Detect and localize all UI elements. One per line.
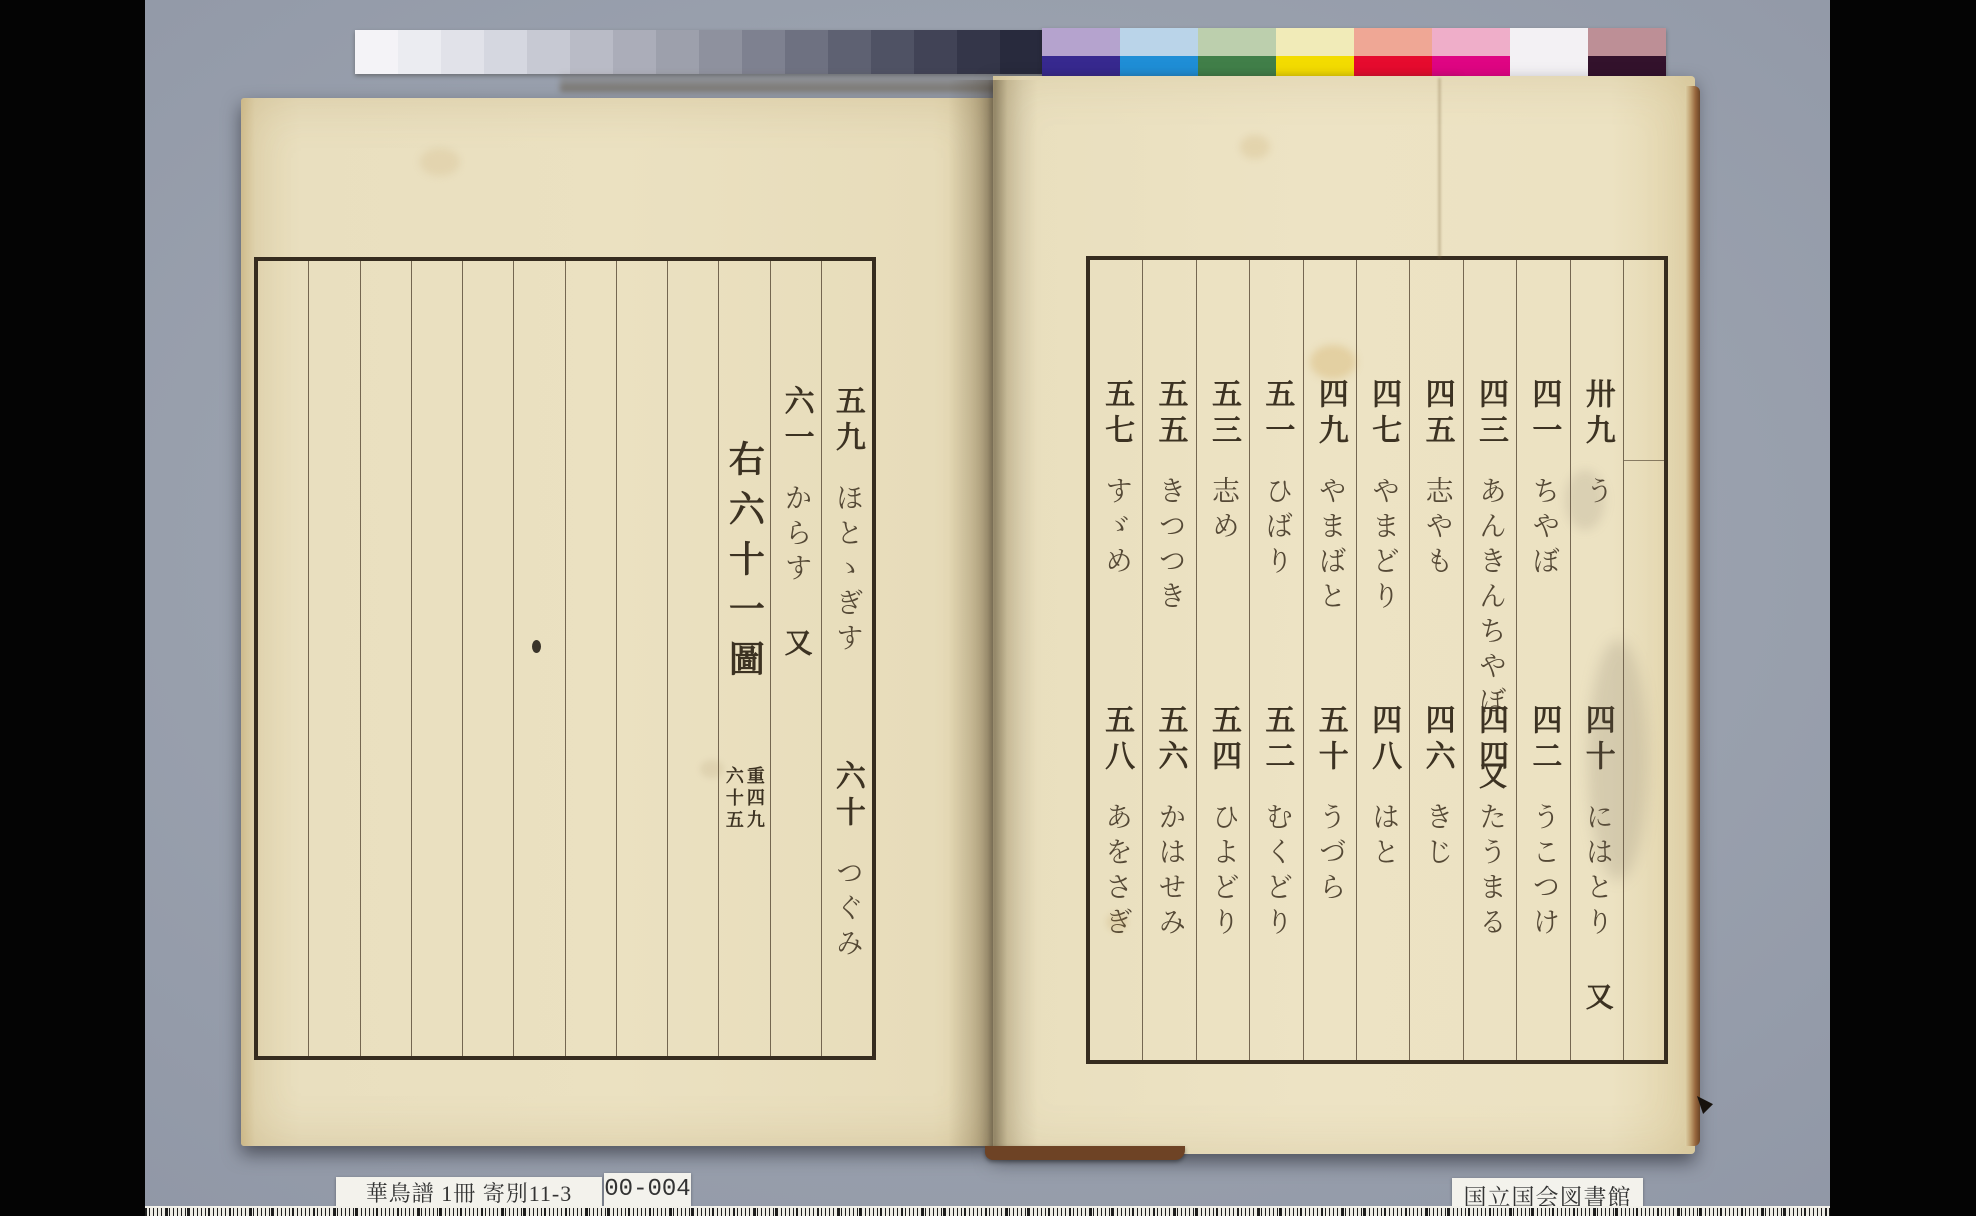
index-entry: 五九ほとゝぎす	[822, 385, 872, 658]
color-patch-top	[1510, 28, 1588, 56]
table-column	[616, 261, 667, 1056]
colophon-entry: 右六十一圖	[719, 440, 769, 690]
right-index-table: 卅九う四十にはとり又四一ちやぼ四二うこつけ四三あんきんちやぼ又四四たうまる四五志…	[1086, 256, 1668, 1064]
entry-kana: すゞめ	[1101, 476, 1132, 581]
table-column: 四一ちやぼ四二うこつけ	[1516, 260, 1569, 1060]
entry-text: 五一ひばり	[1261, 378, 1291, 581]
grayscale-step	[957, 30, 1000, 74]
entry-text: 五八あをさぎ	[1101, 704, 1131, 942]
table-column: 四三あんきんちやぼ又四四たうまる	[1463, 260, 1516, 1060]
entry-text: 四四たうまる	[1475, 704, 1505, 942]
table-column	[462, 261, 513, 1056]
entry-kana: つぐみ	[832, 858, 863, 963]
entry-text: 四二うこつけ	[1528, 704, 1558, 942]
entry-text: 五十うづら	[1315, 704, 1345, 907]
table-column	[360, 261, 411, 1056]
color-patch-top	[1120, 28, 1198, 56]
entry-number: 五五	[1154, 378, 1187, 450]
entry-text: 四六きじ	[1422, 704, 1452, 872]
index-entry: 六十つぐみ	[822, 760, 872, 963]
index-entry: 四八はと	[1357, 704, 1409, 872]
table-column-empty-narrow	[1623, 260, 1664, 1060]
entry-kana: にはとり	[1582, 802, 1613, 942]
entry-kana: あんきんちやぼ	[1475, 476, 1506, 721]
entry-text: 五二むくどり	[1261, 704, 1291, 942]
entry-text: 四九やまばと	[1315, 378, 1345, 616]
entry-kana: やまどり	[1368, 476, 1399, 616]
right-table-columns: 卅九う四十にはとり又四一ちやぼ四二うこつけ四三あんきんちやぼ又四四たうまる四五志…	[1090, 260, 1664, 1060]
grayscale-step	[570, 30, 613, 74]
index-entry: 四七やまどり	[1357, 378, 1409, 616]
entry-number: 五四	[1207, 704, 1240, 776]
narrow-column-box	[1624, 260, 1664, 461]
index-entry: 四十にはとり又	[1571, 704, 1623, 1010]
item-label-text: 華鳥譜 1冊 寄別11-3	[366, 1177, 573, 1208]
table-column: 卅九う四十にはとり又	[1570, 260, 1623, 1060]
table-column: 五一ひばり五二むくどり	[1249, 260, 1302, 1060]
index-entry: 五三志め	[1197, 378, 1249, 546]
entry-number: 五九	[831, 385, 864, 457]
grayscale-step	[699, 30, 742, 74]
entry-kana: からす	[781, 483, 812, 588]
table-column	[258, 261, 308, 1056]
entry-number: 四三	[1474, 378, 1507, 450]
measurement-ruler	[145, 1206, 1830, 1216]
grayscale-step	[828, 30, 871, 74]
entry-number: 四四	[1474, 704, 1507, 776]
grayscale-step	[785, 30, 828, 74]
entry-text: 四五志やも	[1422, 378, 1452, 581]
entry-kana: ひばり	[1261, 476, 1292, 581]
entry-number: 五一	[1260, 378, 1293, 450]
index-entry: 六一からす又	[771, 385, 821, 656]
entry-number: 四六	[1421, 704, 1454, 776]
colophon-title: 右六十一圖	[724, 440, 764, 690]
grayscale-step	[914, 30, 957, 74]
index-entry: 五八あをさぎ	[1090, 704, 1142, 942]
colophon-notes: 重四九六十五	[725, 766, 764, 832]
entry-kana: う	[1582, 476, 1613, 511]
entry-number: 五八	[1100, 704, 1133, 776]
entry-text: 四十にはとり又	[1582, 704, 1612, 1010]
entry-number: 五十	[1314, 704, 1347, 776]
entry-kana: やまばと	[1315, 476, 1346, 616]
entry-text: 五三志め	[1208, 378, 1238, 546]
entry-number: 卅九	[1581, 378, 1614, 450]
entry-text: 四八はと	[1368, 704, 1398, 872]
table-column: 四五志やも四六きじ	[1409, 260, 1462, 1060]
entry-mata: 又	[781, 628, 812, 656]
entry-number: 六一	[780, 385, 813, 457]
grayscale-strip	[355, 30, 1043, 74]
index-entry: 四六きじ	[1410, 704, 1462, 872]
entry-number: 四二	[1527, 704, 1560, 776]
grayscale-step	[1000, 30, 1043, 74]
table-column	[411, 261, 462, 1056]
entry-kana: あをさぎ	[1101, 802, 1132, 942]
grayscale-step	[441, 30, 484, 74]
entry-number: 四五	[1421, 378, 1454, 450]
table-column: 五三志め五四ひよどり	[1196, 260, 1249, 1060]
book-cover-edge	[985, 1146, 1185, 1160]
table-column: 五九ほとゝぎす六十つぐみ	[821, 261, 872, 1056]
grayscale-step	[871, 30, 914, 74]
right-page: 卅九う四十にはとり又四一ちやぼ四二うこつけ四三あんきんちやぼ又四四たうまる四五志…	[993, 76, 1695, 1154]
index-entry: 五十うづら	[1304, 704, 1356, 907]
entry-number: 六十	[831, 760, 864, 832]
left-index-table: 五九ほとゝぎす六十つぐみ六一からす又右六十一圖重四九六十五	[254, 257, 876, 1060]
table-column: 四九やまばと五十うづら	[1303, 260, 1356, 1060]
grayscale-step	[355, 30, 398, 74]
entry-kana: うこつけ	[1528, 802, 1559, 942]
table-column	[565, 261, 616, 1056]
entry-kana: きじ	[1422, 802, 1453, 872]
entry-text: 六一からす又	[781, 385, 811, 656]
index-entry: 四四たうまる	[1464, 704, 1516, 942]
color-patch-top	[1432, 28, 1510, 56]
entry-text: 五六かはせみ	[1155, 704, 1185, 942]
entry-kana: たうまる	[1475, 802, 1506, 942]
table-column: 五七すゞめ五八あをさぎ	[1090, 260, 1142, 1060]
index-entry: 四一ちやぼ	[1517, 378, 1569, 581]
entry-text: 五四ひよどり	[1208, 704, 1238, 942]
item-label: 華鳥譜 1冊 寄別11-3	[336, 1177, 602, 1208]
color-patch-top	[1588, 28, 1666, 56]
colophon-text: 右六十一圖	[726, 440, 762, 690]
entry-kana: はと	[1368, 802, 1399, 872]
table-column: 五五きつつき五六かはせみ	[1142, 260, 1195, 1060]
left-page: 五九ほとゝぎす六十つぐみ六一からす又右六十一圖重四九六十五	[241, 98, 993, 1146]
color-patch-top	[1276, 28, 1354, 56]
index-entry: 五四ひよどり	[1197, 704, 1249, 942]
entry-number: 四七	[1367, 378, 1400, 450]
entry-number: 四十	[1581, 704, 1614, 776]
entry-text: 五五きつつき	[1155, 378, 1185, 616]
table-column	[667, 261, 718, 1056]
entry-number: 四八	[1367, 704, 1400, 776]
entry-kana: ちやぼ	[1528, 476, 1559, 581]
grayscale-step	[527, 30, 570, 74]
entry-number: 五七	[1100, 378, 1133, 450]
grayscale-step	[742, 30, 785, 74]
left-black-bar	[0, 0, 145, 1216]
color-patch-top	[1198, 28, 1276, 56]
table-column: 四七やまどり四八はと	[1356, 260, 1409, 1060]
entry-mata: 又	[1582, 982, 1613, 1010]
entry-text: 卅九う	[1582, 378, 1612, 511]
right-black-bar	[1830, 0, 1976, 1216]
index-entry: 四五志やも	[1410, 378, 1462, 581]
entry-kana: ひよどり	[1208, 802, 1239, 942]
index-entry: 卅九う	[1571, 378, 1623, 511]
entry-kana: かはせみ	[1155, 802, 1186, 942]
table-column	[308, 261, 359, 1056]
entry-kana: むくどり	[1261, 802, 1292, 942]
table-column: 六一からす又	[770, 261, 821, 1056]
index-entry: 五五きつつき	[1143, 378, 1195, 616]
index-entry: 五二むくどり	[1250, 704, 1302, 942]
index-entry: 五七すゞめ	[1090, 378, 1142, 581]
colophon-note: 六十五	[725, 766, 743, 832]
grayscale-step	[398, 30, 441, 74]
grayscale-step	[613, 30, 656, 74]
entry-number: 五二	[1260, 704, 1293, 776]
entry-kana: ほとゝぎす	[832, 483, 863, 658]
page-edge-stack	[1685, 86, 1700, 1146]
index-entry: 四九やまばと	[1304, 378, 1356, 616]
left-table-columns: 五九ほとゝぎす六十つぐみ六一からす又右六十一圖重四九六十五	[258, 261, 872, 1056]
grayscale-step	[484, 30, 527, 74]
entry-text: 四七やまどり	[1368, 378, 1398, 616]
entry-kana: きつつき	[1155, 476, 1186, 616]
color-patch-top	[1042, 28, 1120, 56]
index-entry: 五一ひばり	[1250, 378, 1302, 581]
entry-number: 五六	[1154, 704, 1187, 776]
color-patch-top	[1354, 28, 1432, 56]
entry-text: 四一ちやぼ	[1528, 378, 1558, 581]
entry-text: 六十つぐみ	[832, 760, 862, 963]
entry-text: 五九ほとゝぎす	[832, 385, 862, 658]
entry-kana: うづら	[1315, 802, 1346, 907]
table-column: 右六十一圖重四九六十五	[718, 261, 769, 1056]
entry-kana: 志やも	[1422, 476, 1453, 581]
scan-stage: 五九ほとゝぎす六十つぐみ六一からす又右六十一圖重四九六十五 卅九う四十にはとり又…	[0, 0, 1976, 1216]
entry-number: 四一	[1527, 378, 1560, 450]
entry-number: 四九	[1314, 378, 1347, 450]
entry-kana: 志め	[1208, 476, 1239, 546]
frame-number-label: 00-004	[604, 1173, 691, 1206]
colophon-note: 重四九	[746, 766, 764, 832]
index-entry: 四二うこつけ	[1517, 704, 1569, 942]
frame-number-text: 00-004	[604, 1176, 690, 1203]
entry-text: 五七すゞめ	[1101, 378, 1131, 581]
index-entry: 五六かはせみ	[1143, 704, 1195, 942]
table-column	[513, 261, 564, 1056]
grayscale-step	[656, 30, 699, 74]
entry-number: 五三	[1207, 378, 1240, 450]
